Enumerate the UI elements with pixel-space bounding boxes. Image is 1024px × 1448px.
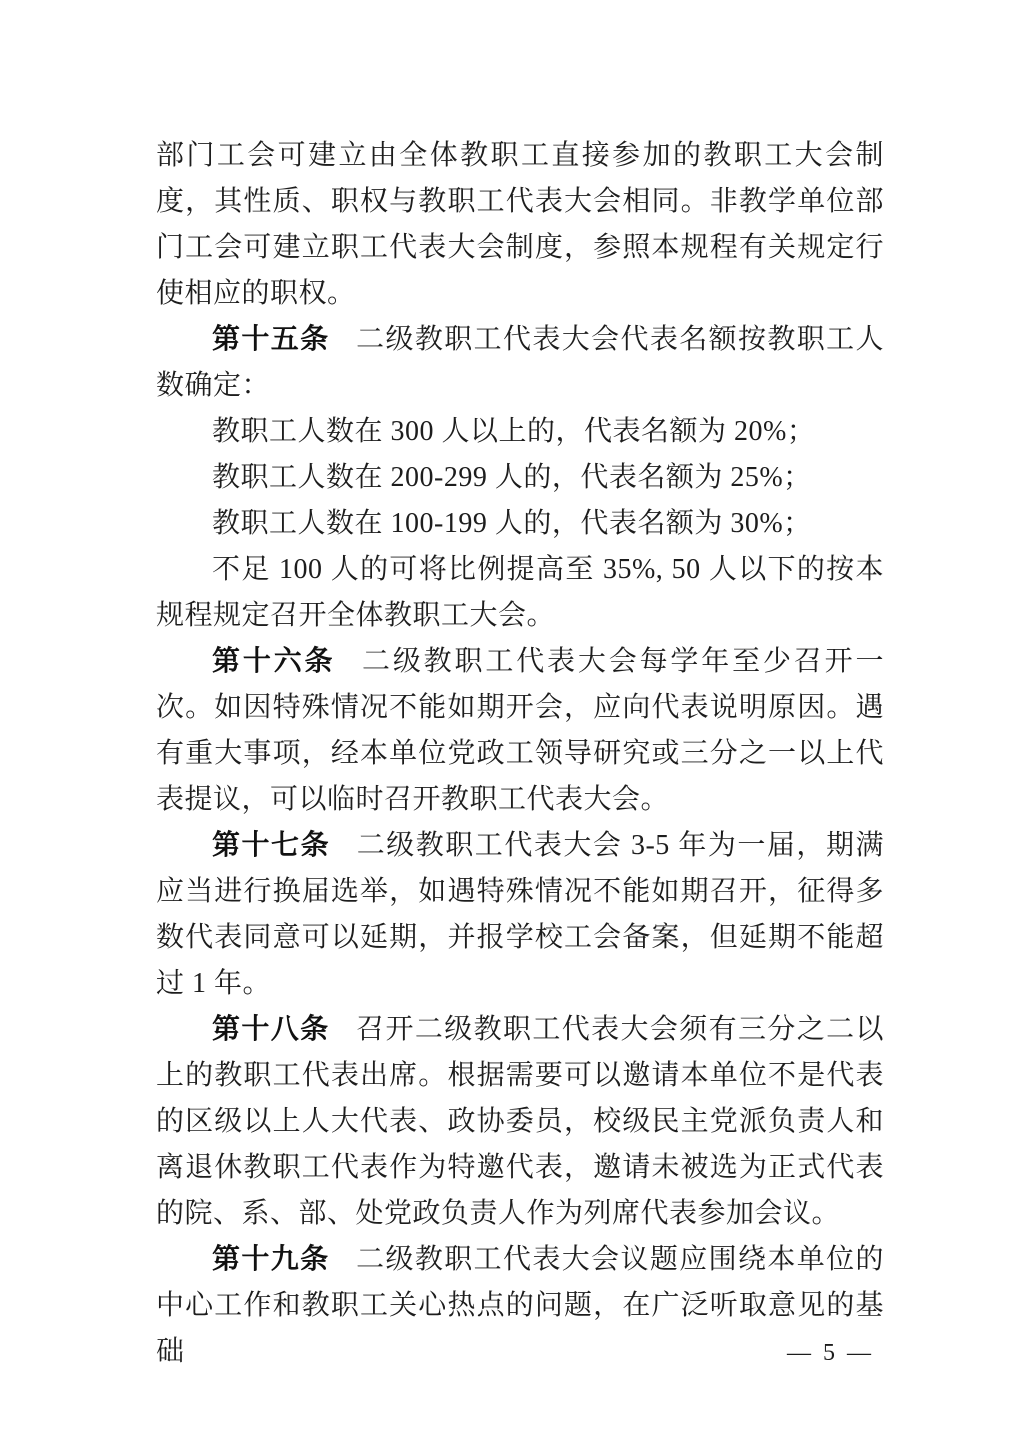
quota-item-under-100: 不足 100 人的可将比例提高至 35%, 50 人以下的按本规程规定召开全体教… xyxy=(156,547,884,639)
page-number: — 5 — xyxy=(787,1338,874,1368)
paragraph-continuation: 部门工会可建立由全体教职工直接参加的教职工大会制度，其性质、职权与教职工代表大会… xyxy=(156,133,884,317)
article-16: 第十六条二级教职工代表大会每学年至少召开一次。如因特殊情况不能如期开会，应向代表… xyxy=(156,639,884,823)
document-page: 部门工会可建立由全体教职工直接参加的教职工大会制度，其性质、职权与教职工代表大会… xyxy=(0,0,1024,1448)
article-18-heading: 第十八条 xyxy=(212,1014,330,1045)
document-body: 部门工会可建立由全体教职工直接参加的教职工大会制度，其性质、职权与教职工代表大会… xyxy=(156,133,884,1375)
article-18: 第十八条召开二级教职工代表大会须有三分之二以上的教职工代表出席。根据需要可以邀请… xyxy=(156,1007,884,1237)
article-17-heading: 第十七条 xyxy=(212,830,330,861)
quota-item-300-plus: 教职工人数在 300 人以上的，代表名额为 20%； xyxy=(156,409,884,455)
article-15: 第十五条二级教职工代表大会代表名额按教职工人数确定： xyxy=(156,317,884,409)
article-18-body: 召开二级教职工代表大会须有三分之二以上的教职工代表出席。根据需要可以邀请本单位不… xyxy=(156,1014,884,1229)
article-16-heading: 第十六条 xyxy=(212,646,335,677)
article-19-heading: 第十九条 xyxy=(212,1244,330,1275)
article-15-heading: 第十五条 xyxy=(212,324,330,355)
article-17: 第十七条二级教职工代表大会 3-5 年为一届，期满应当进行换届选举，如遇特殊情况… xyxy=(156,823,884,1007)
quota-item-200-299: 教职工人数在 200-299 人的，代表名额为 25%； xyxy=(156,455,884,501)
article-19: 第十九条二级教职工代表大会议题应围绕本单位的中心工作和教职工关心热点的问题，在广… xyxy=(156,1237,884,1375)
quota-item-100-199: 教职工人数在 100-199 人的，代表名额为 30%； xyxy=(156,501,884,547)
